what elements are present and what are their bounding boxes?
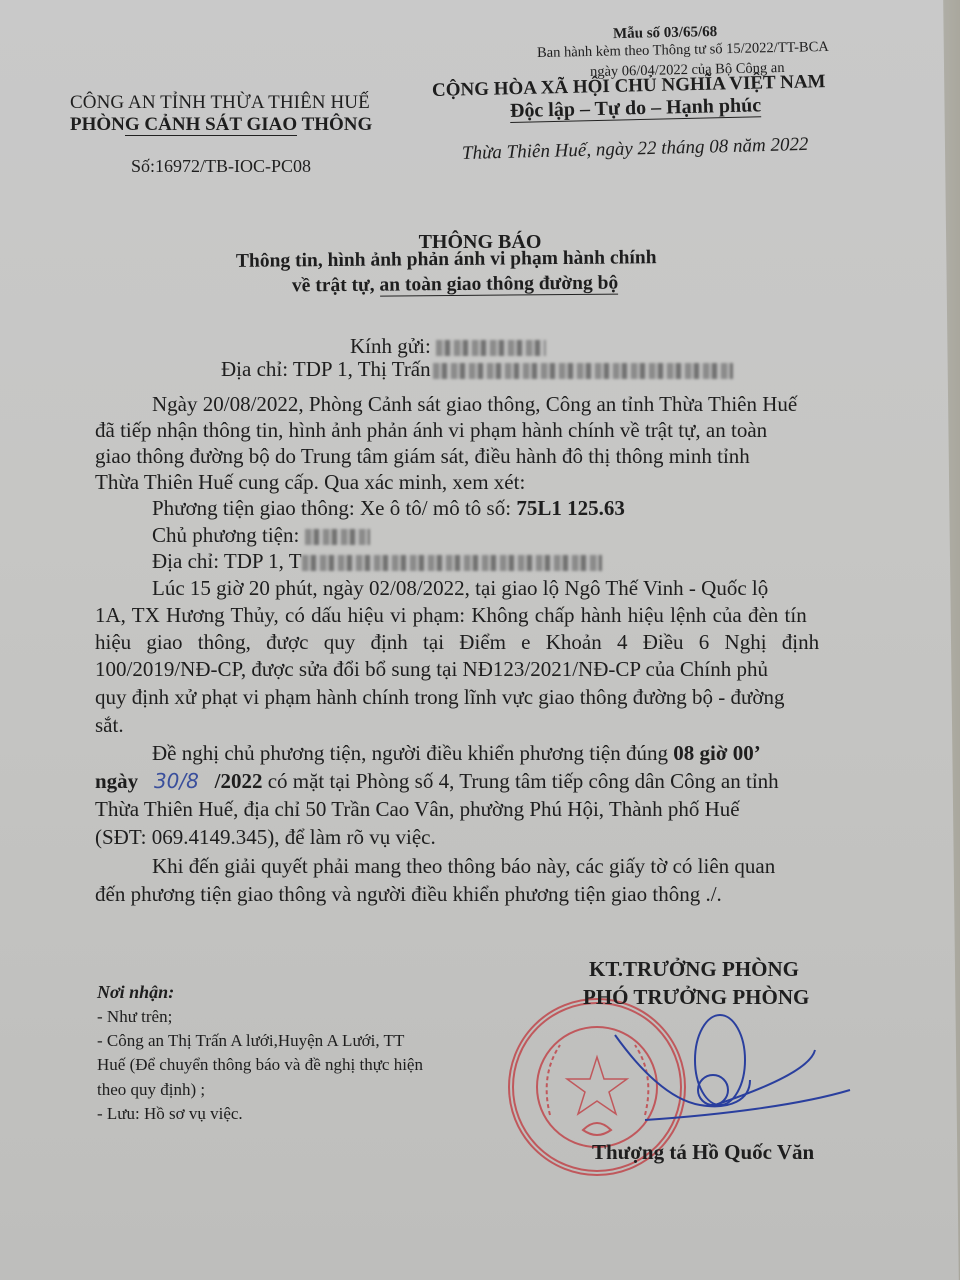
subtitle-part: về trật tự,: [292, 275, 380, 297]
recipients-item: - Như trên;: [97, 1007, 172, 1027]
paragraph-line: đã tiếp nhận thông tin, hình ảnh phản án…: [95, 418, 767, 443]
signature-title-2: PHÓ TRƯỞNG PHÒNG: [583, 985, 809, 1010]
appointment-line: Đề nghị chủ phương tiện, người điều khiể…: [152, 741, 761, 766]
recipient-label: Kính gửi:: [350, 334, 431, 358]
vehicle-line: Phương tiện giao thông: Xe ô tô/ mô tô s…: [152, 496, 625, 521]
document-subtitle-2: về trật tự, an toàn giao thông đường bộ: [292, 273, 618, 298]
paragraph-line: Thừa Thiên Huế, địa chỉ 50 Trần Cao Vân,…: [95, 797, 740, 822]
department-name-underlined: G CẢNH SÁT GIAO: [125, 114, 297, 136]
department-name-part: PHÒN: [70, 114, 125, 135]
vehicle-label: Phương tiện giao thông: Xe ô tô/ mô tô s…: [152, 496, 516, 520]
day-label: ngày: [95, 769, 138, 793]
paragraph-line: 100/2019/NĐ-CP, được sửa đổi bổ sung tại…: [95, 657, 768, 682]
appointment-time: 08 giờ 00’: [673, 741, 760, 765]
paragraph-line: quy định xử phạt vi phạm hành chính tron…: [95, 685, 785, 710]
recipient-line: Kính gửi:: [350, 334, 546, 359]
subtitle-underlined: an toàn giao thông đường bộ: [379, 273, 618, 297]
recipient-address-line: Địa chỉ: TDP 1, Thị Trấn: [221, 357, 733, 382]
desk-background: [936, 0, 960, 1280]
document-subtitle-1: Thông tin, hình ảnh phản ánh vi phạm hàn…: [236, 247, 657, 273]
signature-title-1: KT.TRƯỞNG PHÒNG: [589, 957, 799, 982]
handwritten-signature-icon: [600, 1010, 860, 1130]
paragraph-line: giao thông đường bộ do Trung tâm giám sá…: [95, 444, 750, 469]
department-name: PHÒNG CẢNH SÁT GIAO THÔNG: [70, 114, 372, 136]
paragraph-line: sắt.: [95, 713, 124, 738]
paragraph-line: hiệu giao thông, được quy định tại Điểm …: [95, 630, 819, 655]
redacted-owner: [305, 529, 370, 545]
paragraph-line: (SĐT: 069.4149.345), để làm rõ vụ việc.: [95, 825, 436, 850]
appointment-date-line: ngày 30/8 /2022 có mặt tại Phòng số 4, T…: [95, 769, 779, 794]
signer-name: Thượng tá Hồ Quốc Văn: [592, 1140, 814, 1165]
owner-line: Chủ phương tiện:: [152, 523, 370, 548]
redacted-owner-address: [302, 555, 602, 571]
recipients-item: - Lưu: Hồ sơ vụ việc.: [97, 1104, 243, 1124]
paragraph-line: Lúc 15 giờ 20 phút, ngày 02/08/2022, tại…: [152, 576, 768, 601]
recipients-item: - Công an Thị Trấn A lưới,Huyện A Lưới, …: [97, 1031, 404, 1051]
recipients-item: Huế (Để chuyển thông báo và đề nghị thực…: [97, 1055, 423, 1075]
appointment-text: Đề nghị chủ phương tiện, người điều khiể…: [152, 741, 673, 765]
form-issued-with: Ban hành kèm theo Thông tư số 15/2022/TT…: [537, 39, 829, 62]
place-date: Thừa Thiên Huế, ngày 22 tháng 08 năm 202…: [462, 134, 809, 165]
handwritten-date: 30/8: [154, 769, 199, 793]
paragraph-line: Khi đến giải quyết phải mang theo thông …: [152, 854, 775, 879]
agency-name: CÔNG AN TỈNH THỪA THIÊN HUẾ: [70, 92, 370, 114]
redacted-address: [433, 363, 733, 379]
owner-label: Chủ phương tiện:: [152, 523, 299, 547]
department-name-part: THÔNG: [297, 114, 372, 135]
paragraph-line: đến phương tiện giao thông và người điều…: [95, 882, 722, 907]
vehicle-plate: 75L1 125.63: [516, 496, 625, 520]
paragraph-line: 1A, TX Hương Thủy, có dấu hiệu vi phạm: …: [95, 603, 807, 628]
national-motto: Độc lập – Tự do – Hạnh phúc: [510, 94, 762, 123]
owner-address-line: Địa chỉ: TDP 1, T: [152, 549, 602, 574]
year-text: /2022: [215, 769, 263, 793]
recipients-title: Nơi nhận:: [97, 982, 174, 1003]
motto-text: Độc lập – Tự do – Hạnh phúc: [510, 94, 762, 123]
paragraph-line: Ngày 20/08/2022, Phòng Cảnh sát giao thô…: [152, 392, 797, 417]
form-code: Mẫu số 03/65/68: [613, 24, 718, 43]
recipients-item: theo quy định) ;: [97, 1080, 205, 1100]
address-label: Địa chỉ: TDP 1, Thị Trấn: [221, 357, 431, 381]
document-number: Số:16972/TB-IOC-PC08: [131, 156, 311, 177]
appointment-location: có mặt tại Phòng số 4, Trung tâm tiếp cô…: [262, 769, 778, 793]
paragraph-line: Thừa Thiên Huế cung cấp. Qua xác minh, x…: [95, 470, 525, 495]
redacted-recipient: [436, 340, 546, 356]
owner-address-label: Địa chỉ: TDP 1, T: [152, 549, 302, 573]
